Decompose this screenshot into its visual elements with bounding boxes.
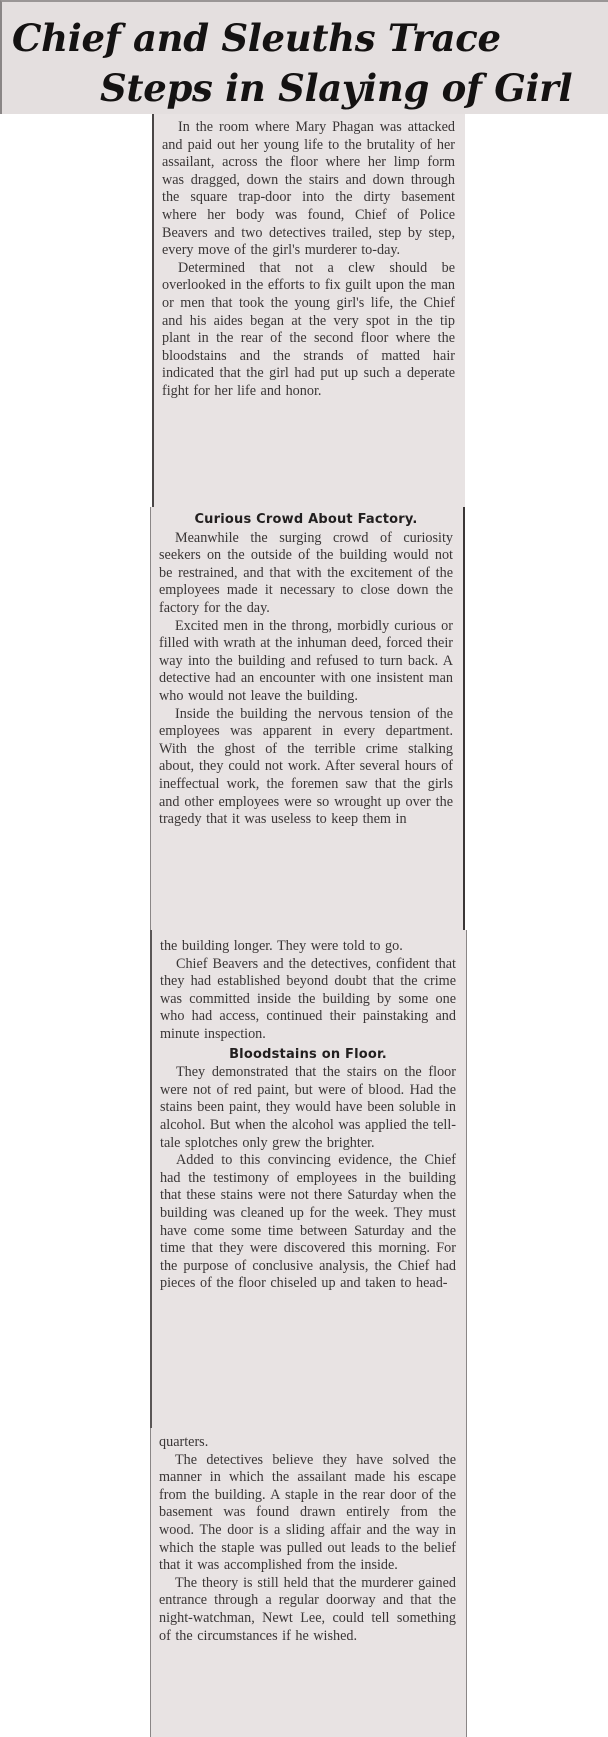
subheading-curious-crowd: Curious Crowd About Factory. <box>159 511 453 529</box>
article-segment-1: In the room where Mary Phagan was attack… <box>152 114 465 507</box>
headline-line-1: Chief and Sleuths Trace <box>12 16 501 60</box>
paragraph-continuation: quarters. <box>159 1434 456 1452</box>
paragraph: Excited men in the throng, morbidly curi… <box>159 618 453 706</box>
headline-line-2: Steps in Slaying of Girl <box>100 66 572 110</box>
paragraph-continuation: the building longer. They were told to g… <box>160 938 456 956</box>
paragraph: Added to this convincing evidence, the C… <box>160 1152 456 1293</box>
article-segment-2: Curious Crowd About Factory. Meanwhile t… <box>150 507 465 930</box>
article-segment-4: quarters. The detectives believe they ha… <box>150 1428 467 1737</box>
headline-block: Chief and Sleuths Trace Steps in Slaying… <box>0 0 608 114</box>
paragraph: Inside the building the nervous tension … <box>159 706 453 829</box>
paragraph: Chief Beavers and the detectives, confid… <box>160 956 456 1044</box>
paragraph: The theory is still held that the murder… <box>159 1575 456 1645</box>
paragraph: They demonstrated that the stairs on the… <box>160 1064 456 1152</box>
paragraph: In the room where Mary Phagan was attack… <box>162 119 455 260</box>
paragraph: The detectives believe they have solved … <box>159 1452 456 1575</box>
article-segment-3: the building longer. They were told to g… <box>150 930 467 1428</box>
subheading-bloodstains: Bloodstains on Floor. <box>160 1046 456 1064</box>
paragraph: Meanwhile the surging crowd of curiosity… <box>159 530 453 618</box>
paragraph: Determined that not a clew should be ove… <box>162 260 455 401</box>
